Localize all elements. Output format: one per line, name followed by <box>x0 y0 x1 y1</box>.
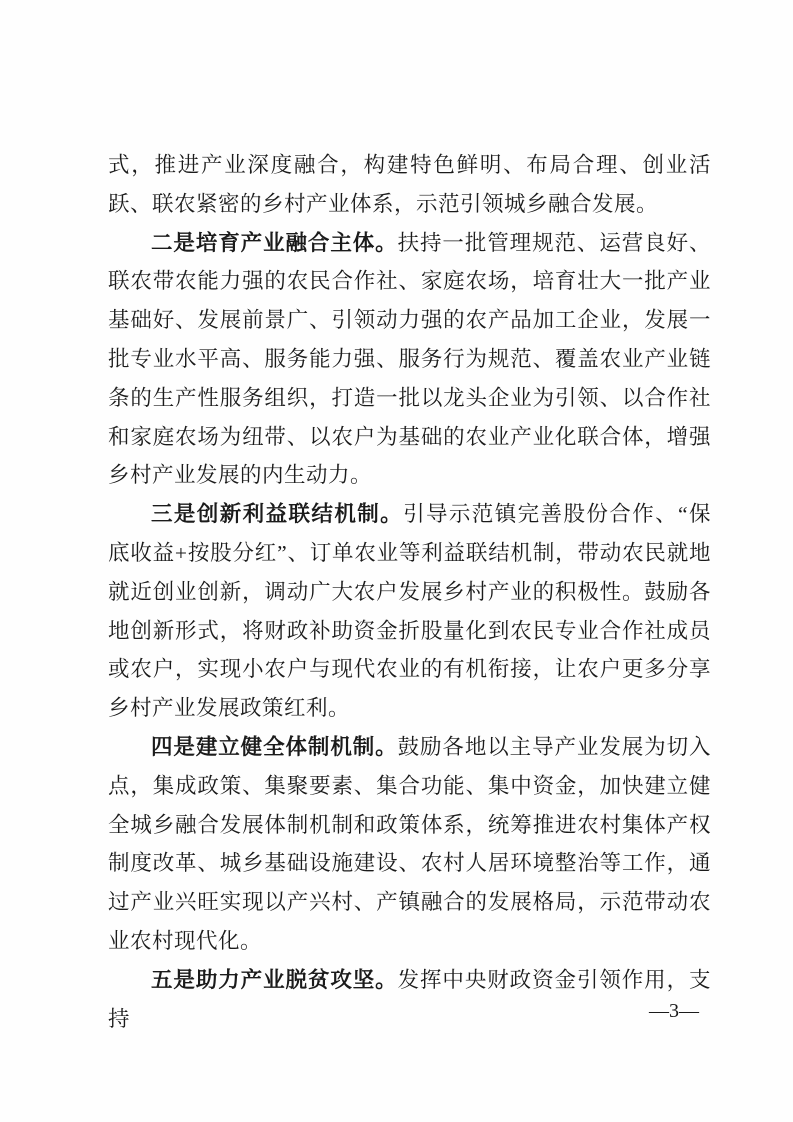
paragraph-lead: 四是建立健全体制机制。 <box>151 735 398 759</box>
paragraph-continuation: 式，推进产业深度融合，构建特色鲜明、布局合理、创业活跃、联农紧密的乡村产业体系，… <box>108 146 711 224</box>
page-number: —3— <box>649 999 699 1023</box>
paragraph-item-3: 三是创新利益联结机制。引导示范镇完善股份合作、“保底收益+按股分红”、订单农业等… <box>108 495 711 728</box>
paragraph-text: 引导示范镇完善股份合作、“保底收益+按股分红”、订单农业等利益联结机制，带动农民… <box>108 502 711 720</box>
document-page: 式，推进产业深度融合，构建特色鲜明、布局合理、创业活跃、联农紧密的乡村产业体系，… <box>0 0 793 1122</box>
paragraph-text: 扶持一批管理规范、运营良好、联农带农能力强的农民合作社、家庭农场，培育壮大一批产… <box>108 231 711 488</box>
paragraph-lead: 二是培育产业融合主体。 <box>151 231 398 255</box>
paragraph-text: 式，推进产业深度融合，构建特色鲜明、布局合理、创业活跃、联农紧密的乡村产业体系，… <box>108 153 711 216</box>
paragraph-item-2: 二是培育产业融合主体。扶持一批管理规范、运营良好、联农带农能力强的农民合作社、家… <box>108 224 711 496</box>
paragraph-item-4: 四是建立健全体制机制。鼓励各地以主导产业发展为切入点，集成政策、集聚要素、集合功… <box>108 728 711 961</box>
document-body: 式，推进产业深度融合，构建特色鲜明、布局合理、创业活跃、联农紧密的乡村产业体系，… <box>108 146 711 1038</box>
paragraph-text: 鼓励各地以主导产业发展为切入点，集成政策、集聚要素、集合功能、集中资金，加快建立… <box>108 735 711 953</box>
paragraph-lead: 三是创新利益联结机制。 <box>151 502 403 526</box>
paragraph-lead: 五是助力产业脱贫攻坚。 <box>151 968 398 992</box>
paragraph-item-5: 五是助力产业脱贫攻坚。发挥中央财政资金引领作用，支持 <box>108 961 711 1039</box>
